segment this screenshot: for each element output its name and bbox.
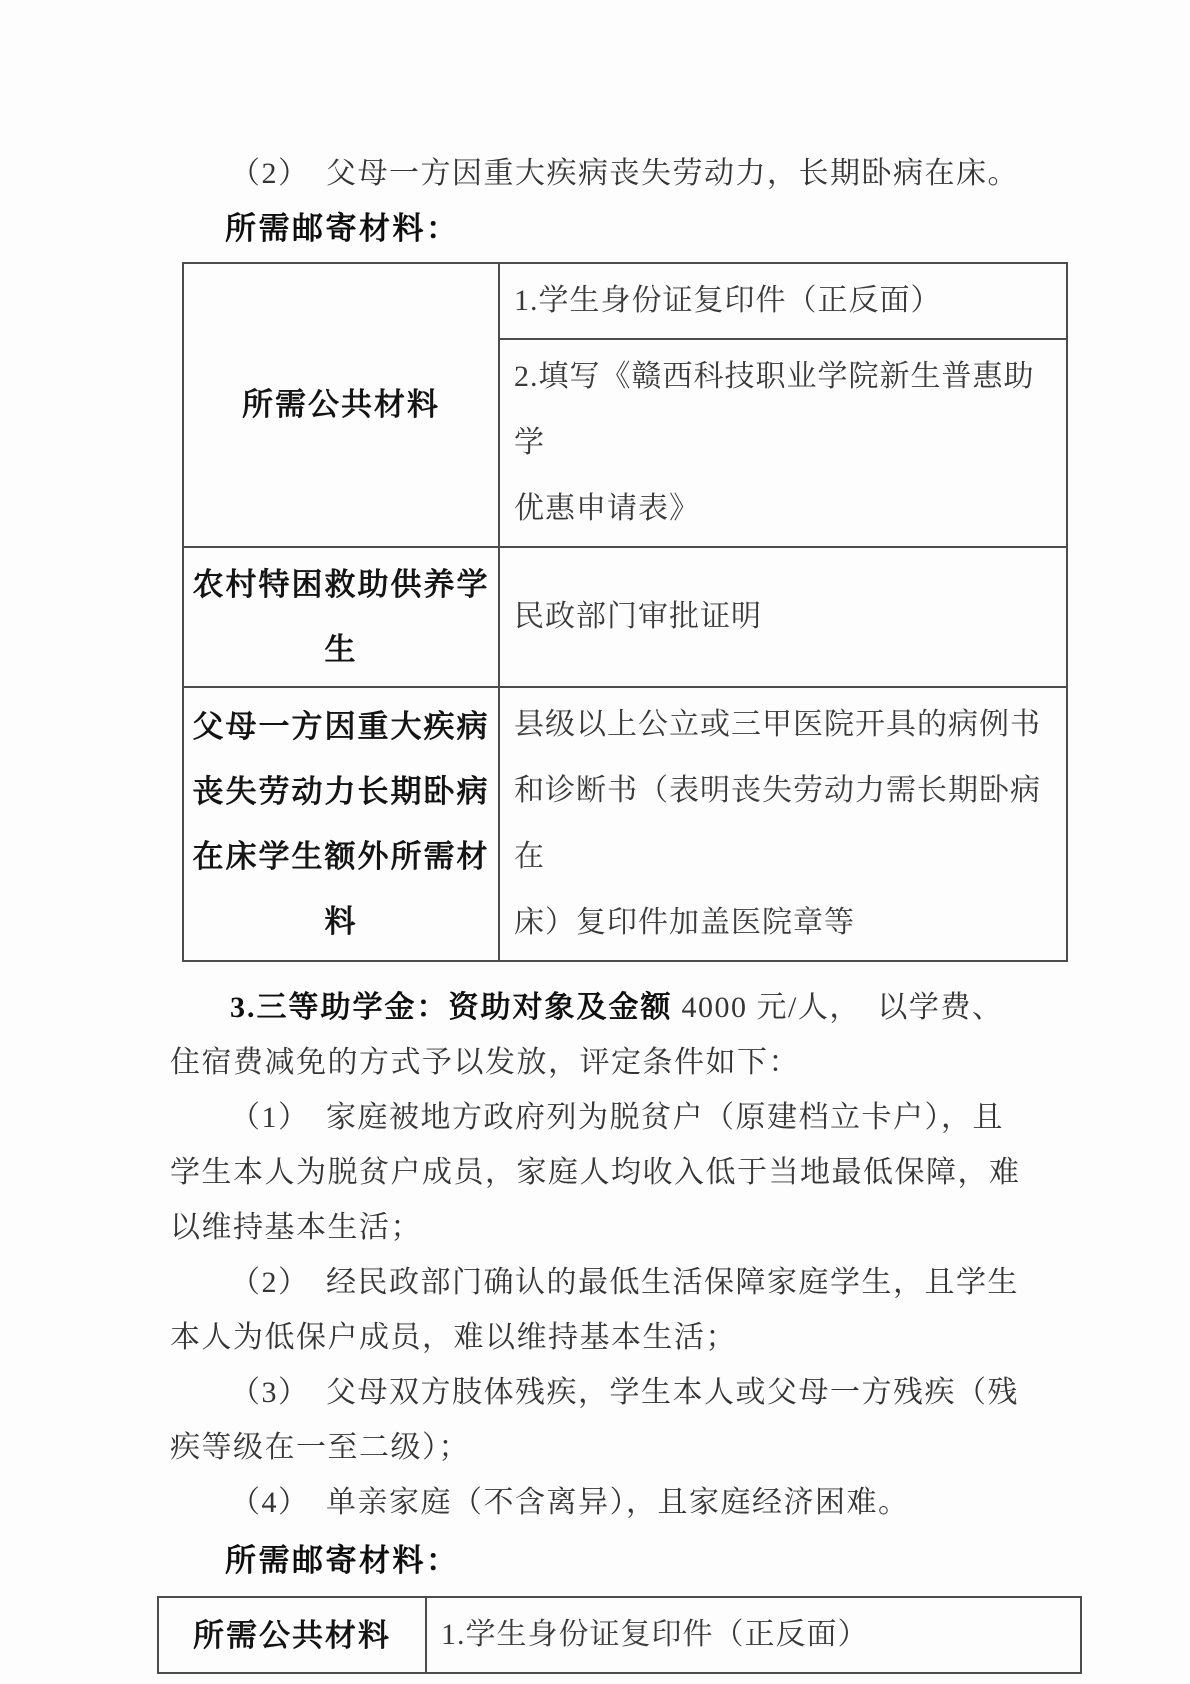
common-material-item-1-cell: 1.学生身份证复印件（正反面）: [499, 263, 1067, 339]
grant3-heading: 3.三等助学金：资助对象及金额 4000 元/人， 以学费、: [170, 980, 1020, 1035]
materials-table-1: 所需公共材料 1.学生身份证复印件（正反面） 2.填写《赣西科技职业学院新生普惠…: [182, 262, 1068, 962]
grant3-line-8: 疾等级在一至二级）；: [170, 1420, 1020, 1475]
table-row: 所需公共材料 1.学生身份证复印件（正反面）: [183, 263, 1067, 339]
grant3-line-7: （3） 父母双方肢体残疾，学生本人或父母一方残疾（残: [170, 1365, 1020, 1420]
grant3-line-2: （1） 家庭被地方政府列为脱贫户（原建档立卡户），且: [170, 1090, 1020, 1145]
grant3-line-6: 本人为低保户成员，难以维持基本生活；: [170, 1310, 1020, 1365]
rural-students-label-cell: 农村特困救助供养学 生: [183, 547, 499, 687]
mail-materials-heading-2: 所需邮寄材料：: [170, 1536, 1020, 1586]
disease-extra-materials-label-cell: 父母一方因重大疾病 丧失劳动力长期卧病 在床学生额外所需材 料: [183, 687, 499, 961]
table-row: 所需公共材料 1.学生身份证复印件（正反面）: [158, 1597, 1081, 1673]
document-page: （2） 父母一方因重大疾病丧失劳动力，长期卧病在床。 所需邮寄材料： 所需公共材…: [0, 0, 1190, 1684]
grant3-heading-bold: 3.三等助学金：资助对象及金额: [230, 991, 673, 1024]
grant3-line-3: 学生本人为脱贫户成员，家庭人均收入低于当地最低保障，难: [170, 1145, 1020, 1200]
grant3-line-1: 住宿费减免的方式予以发放，评定条件如下：: [170, 1035, 1020, 1090]
grant3-line-4: 以维持基本生活；: [170, 1200, 1020, 1255]
materials-table-2: 所需公共材料 1.学生身份证复印件（正反面）: [157, 1596, 1082, 1674]
paragraph-disease-cause: （2） 父母一方因重大疾病丧失劳动力，长期卧病在床。: [170, 148, 1020, 200]
table-row: 农村特困救助供养学 生 民政部门审批证明: [183, 547, 1067, 687]
common-materials-label-cell: 所需公共材料: [183, 263, 499, 547]
mail-materials-heading-1: 所需邮寄材料：: [170, 204, 1020, 254]
common-material-item-cell-2: 1.学生身份证复印件（正反面）: [426, 1597, 1081, 1673]
disease-extra-materials-content-cell: 县级以上公立或三甲医院开具的病例书 和诊断书（表明丧失劳动力需长期卧病在 床）复…: [499, 687, 1067, 961]
rural-students-content-cell: 民政部门审批证明: [499, 547, 1067, 687]
grant3-line-5: （2） 经民政部门确认的最低生活保障家庭学生，且学生: [170, 1255, 1020, 1310]
common-materials-label-cell-2: 所需公共材料: [158, 1597, 426, 1673]
common-material-item-2-cell: 2.填写《赣西科技职业学院新生普惠助学 优惠申请表》: [499, 339, 1067, 547]
table-row: 父母一方因重大疾病 丧失劳动力长期卧病 在床学生额外所需材 料 县级以上公立或三…: [183, 687, 1067, 961]
grant3-line-9: （4） 单亲家庭（不含离异），且家庭经济困难。: [170, 1475, 1020, 1530]
grant3-heading-rest: 4000 元/人， 以学费、: [673, 991, 1004, 1024]
